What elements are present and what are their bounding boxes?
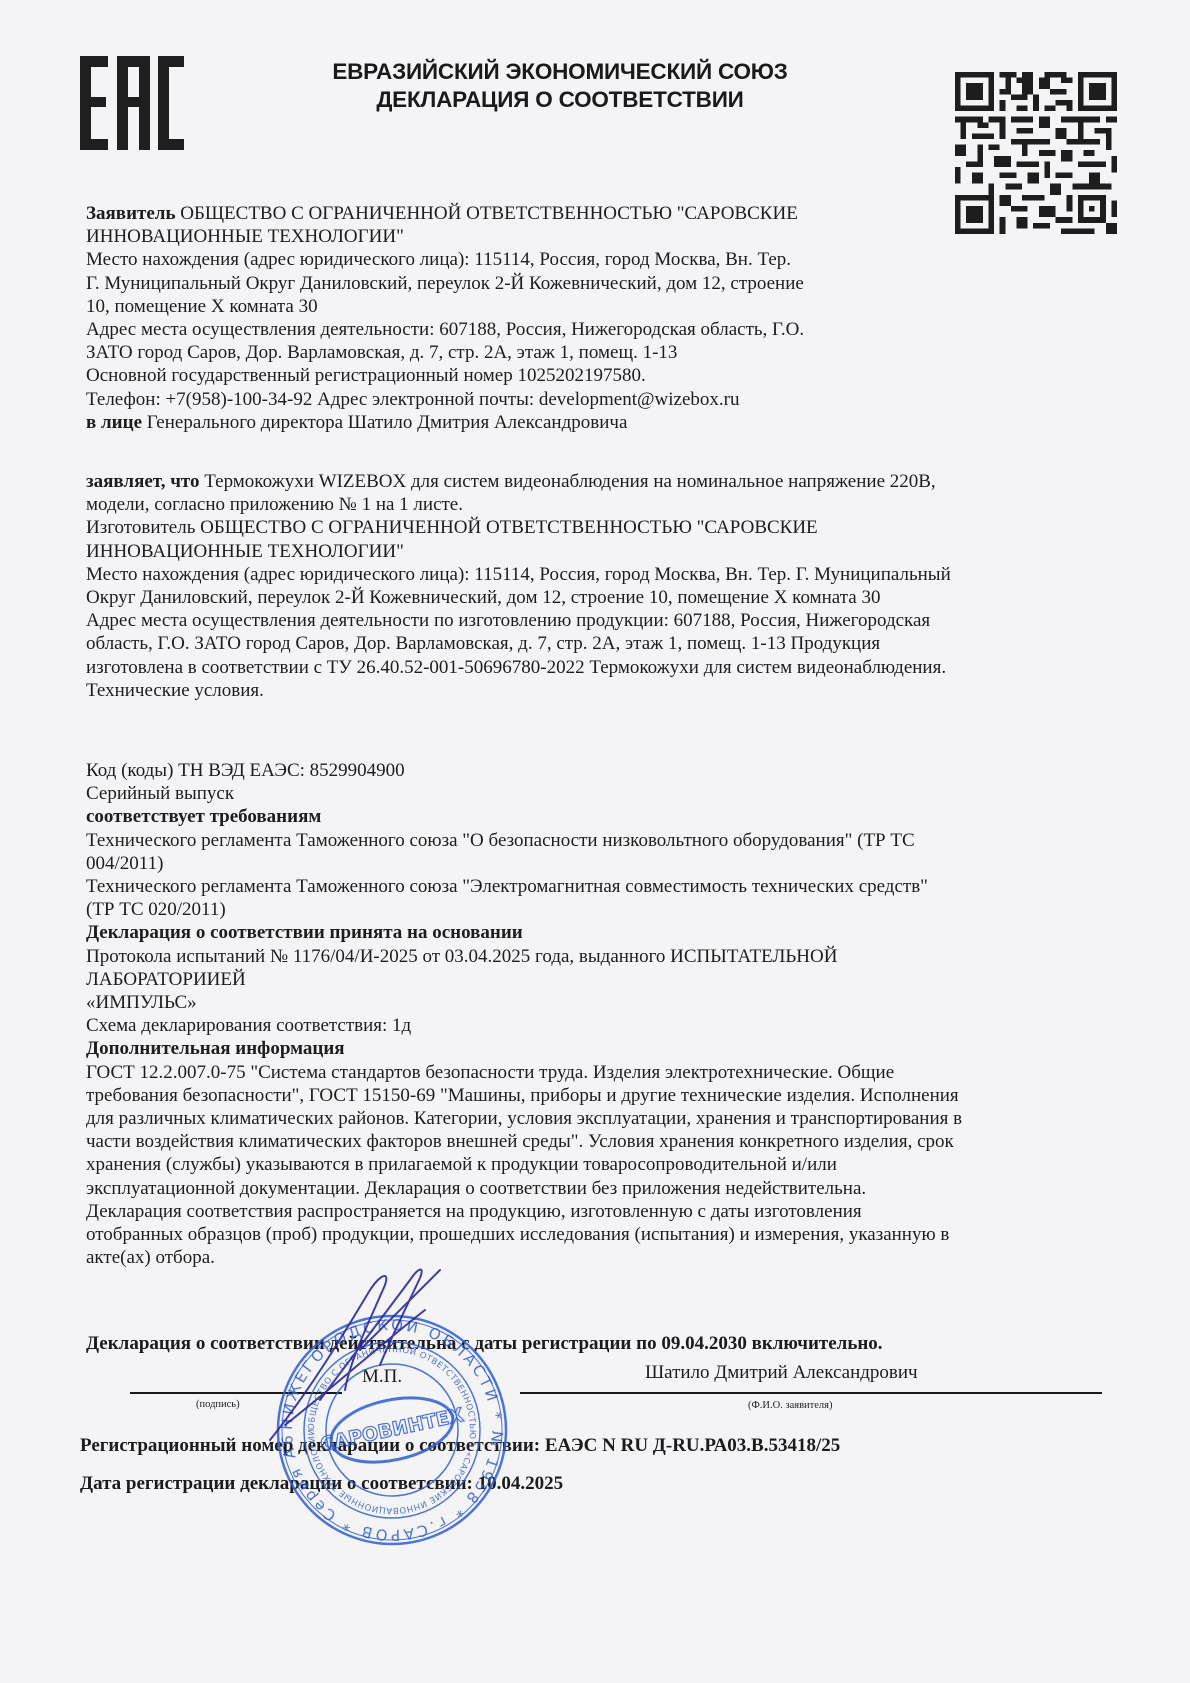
manufacturer-name: Изготовитель ОБЩЕСТВО С ОГРАНИЧЕННОЙ ОТВ… (86, 516, 951, 539)
additional-line: части воздействия климатических факторов… (86, 1130, 962, 1153)
applicant-address: 10, помещение X комната 30 (86, 295, 804, 318)
requirements-heading: соответствует требованиям (86, 805, 962, 828)
declaration-page: ЕВРАЗИЙСКИЙ ЭКОНОМИЧЕСКИЙ СОЮЗ ДЕКЛАРАЦИ… (0, 0, 1190, 1683)
production-address: Адрес места осуществления деятельности п… (86, 609, 951, 632)
regulation-item: Технического регламента Таможенного союз… (86, 829, 962, 852)
declares-label: заявляет, что (86, 471, 200, 492)
signature-caption: (подпись) (196, 1399, 240, 1410)
manufacturer-address: Округ Даниловский, переулок 2-Й Кожевнич… (86, 586, 951, 609)
production-standard: Технические условия. (86, 679, 951, 702)
applicant-contacts: Телефон: +7(958)-100-34-92 Адрес электро… (86, 388, 804, 411)
applicant-name: ОБЩЕСТВО С ОГРАНИЧЕННОЙ ОТВЕТСТВЕННОСТЬЮ… (176, 203, 798, 224)
applicant-address: Г. Муниципальный Округ Даниловский, пере… (86, 272, 804, 295)
declaration-title: ДЕКЛАРАЦИЯ О СООТВЕТСТВИИ (280, 86, 840, 114)
applicant-label: Заявитель (86, 203, 176, 224)
additional-line: хранения (службы) указываются в прилагае… (86, 1153, 962, 1176)
manufacturer-address: Место нахождения (адрес юридического лиц… (86, 563, 951, 586)
product-description-cont: модели, согласно приложению № 1 на 1 лис… (86, 493, 951, 516)
union-title: ЕВРАЗИЙСКИЙ ЭКОНОМИЧЕСКИЙ СОЮЗ (280, 58, 840, 86)
additional-line: Декларация соответствия распространяется… (86, 1200, 962, 1223)
name-line (520, 1392, 1102, 1394)
additional-line: для различных климатических районов. Кат… (86, 1107, 962, 1130)
additional-line: отобранных образцов (проб) продукции, пр… (86, 1223, 962, 1246)
production-address: область, Г.О. ЗАТО город Саров, Дор. Вар… (86, 632, 951, 655)
additional-line: акте(ах) отбора. (86, 1246, 962, 1269)
regulation-item: 004/2011) (86, 852, 962, 875)
applicant-name-cont: ИННОВАЦИОННЫЕ ТЕХНОЛОГИИ" (86, 225, 804, 248)
document-title: ЕВРАЗИЙСКИЙ ЭКОНОМИЧЕСКИЙ СОЮЗ ДЕКЛАРАЦИ… (280, 58, 840, 114)
basis-heading: Декларация о соответствии принята на осн… (86, 921, 962, 944)
qr-code-icon (955, 72, 1117, 234)
eac-logo-icon (80, 56, 184, 150)
additional-line: требования безопасности", ГОСТ 15150-69 … (86, 1084, 962, 1107)
regulation-item: Технического регламента Таможенного союз… (86, 875, 962, 898)
declaration-scheme: Схема декларирования соответствия: 1д (86, 1014, 962, 1037)
represented-by: Генерального директора Шатило Дмитрия Ал… (142, 412, 627, 433)
applicant-activity-address: ЗАТО город Саров, Дор. Варламовская, д. … (86, 341, 804, 364)
additional-heading: Дополнительная информация (86, 1037, 962, 1060)
additional-line: ГОСТ 12.2.007.0-75 "Система стандартов б… (86, 1061, 962, 1084)
manufacturer-name-cont: ИННОВАЦИОННЫЕ ТЕХНОЛОГИИ" (86, 540, 951, 563)
name-caption: (Ф.И.О. заявителя) (748, 1400, 833, 1411)
additional-line: эксплуатационной документации. Деклараци… (86, 1177, 962, 1200)
applicant-address: Место нахождения (адрес юридического лиц… (86, 248, 804, 271)
company-stamp-icon: НИЖЕГОРОДСКОЙ ОБЛАСТИ * № 1958 * г.САРОВ… (272, 1310, 512, 1550)
basis-protocol: ЛАБОРАТОРИИЕЙ (86, 968, 962, 991)
release-type: Серийный выпуск (86, 782, 962, 805)
production-standard: изготовлена в соответствии с ТУ 26.40.52… (86, 656, 951, 679)
regulation-item: (ТР ТС 020/2011) (86, 898, 962, 921)
applicant-section: Заявитель ОБЩЕСТВО С ОГРАНИЧЕННОЙ ОТВЕТС… (86, 202, 804, 434)
product-description: Термокожухи WIZEBOX для систем видеонабл… (200, 471, 936, 492)
applicant-ogrn: Основной государственный регистрационный… (86, 364, 804, 387)
product-section: заявляет, что Термокожухи WIZEBOX для си… (86, 470, 951, 702)
tnved-code: Код (коды) ТН ВЭД ЕАЭС: 8529904900 (86, 759, 962, 782)
svg-text:САРОВИНТЕХ: САРОВИНТЕХ (318, 1404, 465, 1456)
requirements-section: Код (коды) ТН ВЭД ЕАЭС: 8529904900 Серий… (86, 759, 962, 1269)
basis-protocol: «ИМПУЛЬС» (86, 991, 962, 1014)
applicant-activity-address: Адрес места осуществления деятельности: … (86, 318, 804, 341)
basis-protocol: Протокола испытаний № 1176/04/И-2025 от … (86, 945, 962, 968)
signer-name: Шатило Дмитрий Александрович (645, 1362, 918, 1384)
represented-label: в лице (86, 412, 142, 433)
